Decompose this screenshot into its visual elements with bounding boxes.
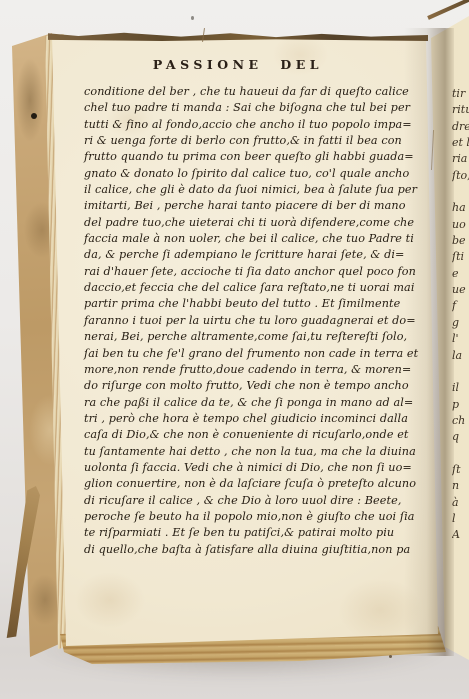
fragment-line: ha: [452, 200, 469, 216]
text-line: faranno i tuoi per la uirtu che tu loro …: [84, 313, 388, 330]
fragment-line: et l: [452, 135, 469, 151]
fragment-line: q: [452, 429, 469, 445]
text-line: tutti & fino al fondo,accio che ancho il…: [84, 117, 388, 134]
text-line: te riſparmiati . Et ſe ben tu patiſci,& …: [84, 525, 388, 542]
text-line: glion conuertire, non è da laſciare ſcuſ…: [84, 476, 388, 493]
text-line: di ricuſare il calice , & che Dio à loro…: [84, 492, 388, 509]
fragment-line: be: [452, 233, 469, 249]
fragment-line: l: [452, 511, 469, 527]
fragment-line: l': [452, 331, 469, 347]
text-line: daccio,et feccia che del calice ſara reſ…: [84, 280, 388, 297]
fragment-line: [452, 446, 469, 462]
fragment-line: A: [452, 527, 469, 543]
text-line: di quello,che baſta à ſatisfare alla diu…: [84, 541, 388, 558]
wormhole-dot: [31, 113, 37, 119]
fragment-line: à: [452, 495, 469, 511]
photo-of-antique-book: PASSIONE DEL conditione del ber , che tu…: [0, 0, 469, 699]
fragment-line: ria: [452, 151, 469, 167]
text-line: faccia male à non uoler, che bei il cali…: [84, 231, 388, 248]
running-header: PASSIONE DEL: [118, 57, 358, 72]
fragment-line: [452, 184, 469, 200]
fragment-line: uo: [452, 217, 469, 233]
text-line: frutto quando tu prima con beer queſto g…: [84, 149, 388, 166]
text-line: caſa di Dio,& che non è conueniente di r…: [84, 427, 388, 444]
text-line: del padre tuo,che uieterai chi ti uorà d…: [84, 215, 388, 232]
text-line: more,non rende frutto,doue cadendo in te…: [84, 362, 388, 379]
text-line: rai d'hauer ſete, accioche ti ſia dato a…: [84, 264, 388, 281]
text-line: ra che paßi il calice da te, & che ſi po…: [84, 394, 388, 411]
text-line: ſai ben tu che ſe'l grano del frumento n…: [84, 345, 388, 362]
fragment-line: il: [452, 380, 469, 396]
text-line: tri , però che hora è tempo chel giudici…: [84, 411, 388, 428]
fragment-line: ſt: [452, 462, 469, 478]
fragment-line: p: [452, 397, 469, 413]
body-text: conditione del ber , che tu haueui da fa…: [84, 84, 388, 558]
text-line: conditione del ber , che tu haueui da fa…: [84, 84, 388, 101]
text-line: ri & uenga forte di berlo con frutto,& i…: [84, 133, 388, 150]
fragment-line: ſto,: [452, 168, 469, 184]
dust-speck: [191, 16, 194, 20]
fragment-line: la: [452, 348, 469, 364]
text-line: peroche ſe beuto ha il popolo mio,non è …: [84, 509, 388, 526]
text-line: da, & perche ſi adempiano le ſcritture h…: [84, 247, 388, 264]
fragment-line: g: [452, 315, 469, 331]
text-line: imitarti, Bei , perche harai tanto piace…: [84, 198, 388, 215]
fragment-line: ſti: [452, 249, 469, 265]
text-line: il calice, che gli è dato da ſuoi nimici…: [84, 182, 388, 199]
text-line: partir prima che l'habbi beuto del tutto…: [84, 296, 388, 313]
fragment-line: [452, 364, 469, 380]
text-line: tu ſantamente hai detto , che non la tua…: [84, 443, 388, 460]
facing-page-text-fragments: tirritudreet lriaſto, hauobeſtieuefgl'la…: [452, 86, 469, 544]
text-line: nerai, Bei, perche altramente,come ſai,t…: [84, 329, 388, 346]
top-deckle-edge: [48, 30, 428, 41]
fragment-line: ritu: [452, 102, 469, 118]
facing-page-top-edge: [427, 0, 469, 20]
fragment-line: ch: [452, 413, 469, 429]
dust-speck: [389, 655, 392, 658]
text-line: uolonta ſi faccia. Vedi che à nimici di …: [84, 460, 388, 477]
fragment-line: ue: [452, 282, 469, 298]
fragment-line: n: [452, 478, 469, 494]
text-line: do riſurge con molto frutto, Vedi che no…: [84, 378, 388, 395]
text-line: gnato & donato lo ſpirito dal calice tuo…: [84, 166, 388, 183]
fragment-line: e: [452, 266, 469, 282]
text-line: chel tuo padre ti manda : Sai che biſogn…: [84, 100, 388, 117]
fragment-line: f: [452, 298, 469, 314]
fragment-line: tir: [452, 86, 469, 102]
fragment-line: dre: [452, 119, 469, 135]
